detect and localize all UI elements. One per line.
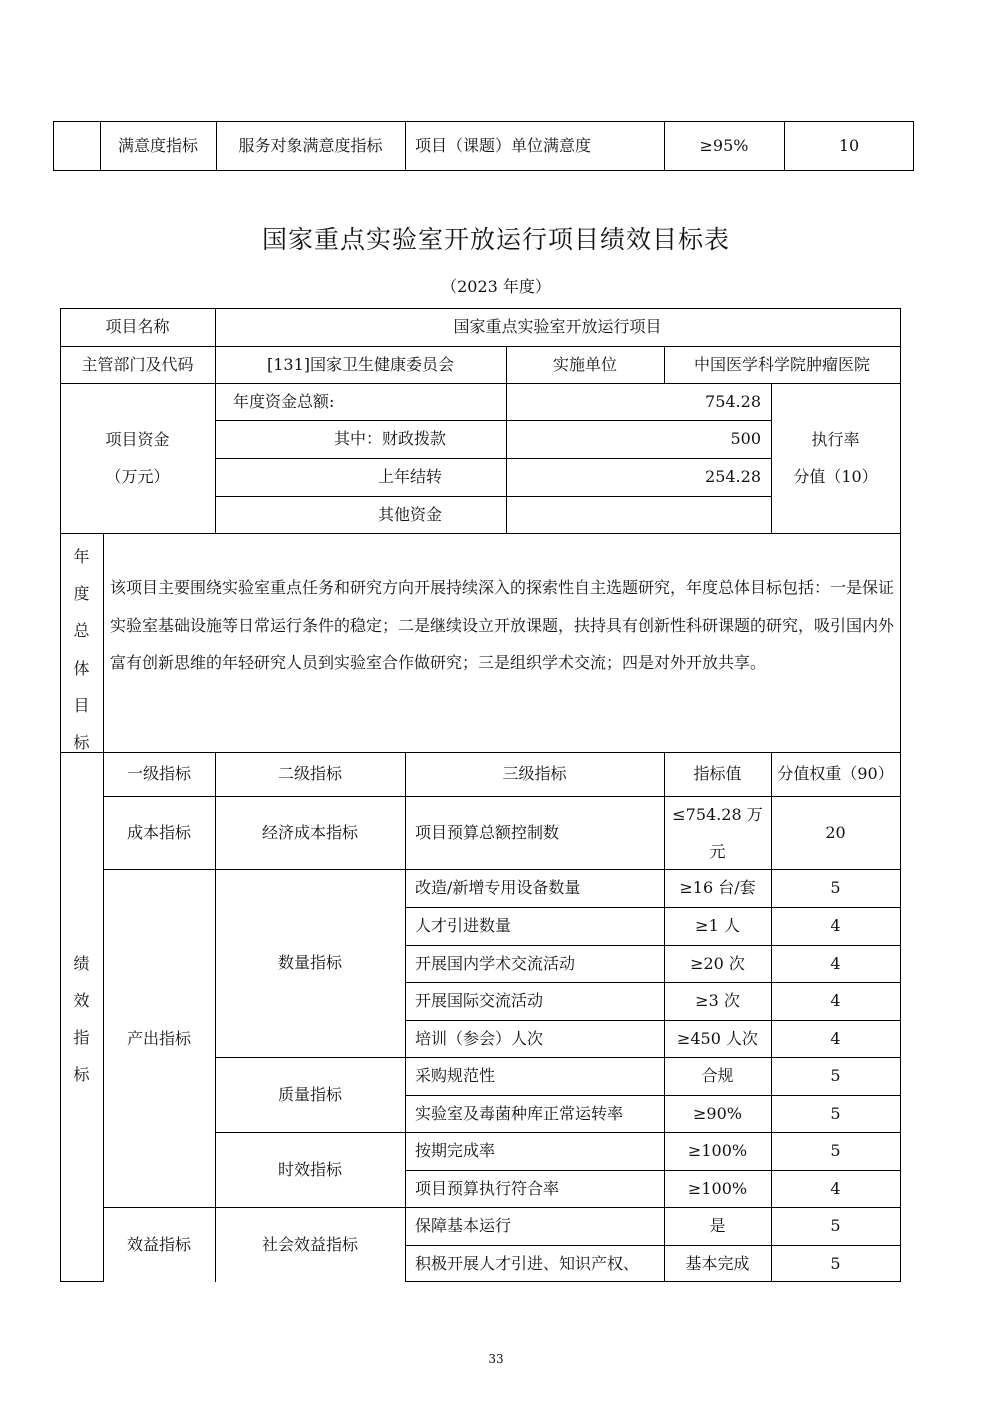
exec-rate-line1: 执行率 bbox=[811, 421, 859, 458]
timeliness-level2: 时效指标 bbox=[215, 1132, 405, 1207]
funds-other-label: 其他资金 bbox=[215, 496, 506, 533]
annual-goal-text: 该项目主要围绕实验室重点任务和研究方向开展持续深入的探索性自主选题研究，年度总体… bbox=[110, 569, 894, 682]
row-level3: 保障基本运行 bbox=[405, 1207, 664, 1245]
header-level3: 三级指标 bbox=[405, 752, 664, 796]
row-level3: 开展国内学术交流活动 bbox=[405, 945, 664, 982]
exec-rate: 执行率 分值（10） bbox=[771, 383, 900, 533]
row-weight: 4 bbox=[771, 907, 900, 945]
funds-carryover-value: 254.28 bbox=[506, 458, 771, 496]
cost-level3: 项目预算总额控制数 bbox=[405, 796, 664, 869]
annual-goal-char: 目 bbox=[73, 687, 89, 724]
row-level3: 改造/新增专用设备数量 bbox=[405, 869, 664, 907]
project-name-label: 项目名称 bbox=[60, 308, 215, 346]
dept-value: [131]国家卫生健康委员会 bbox=[215, 346, 506, 383]
indicators-side-char: 效 bbox=[73, 982, 89, 1019]
exec-rate-line2: 分值（10） bbox=[793, 458, 877, 495]
funds-label: 项目资金 （万元） bbox=[60, 383, 215, 533]
funds-total-value: 754.28 bbox=[506, 383, 771, 420]
row-value: ≥100% bbox=[664, 1170, 771, 1207]
prev-weight: 10 bbox=[784, 121, 914, 171]
quality-level2: 质量指标 bbox=[215, 1057, 405, 1132]
quantity-level2: 数量指标 bbox=[215, 869, 405, 1057]
impl-value: 中国医学科学院肿瘤医院 bbox=[664, 346, 900, 383]
indicators-side-char: 标 bbox=[73, 1056, 89, 1093]
funds-other-value bbox=[506, 496, 771, 533]
annual-goal-char: 标 bbox=[73, 724, 89, 761]
funds-label-line1: 项目资金 bbox=[105, 421, 169, 458]
prev-value: ≥95% bbox=[664, 121, 784, 171]
indicators-side-char: 绩 bbox=[73, 945, 89, 982]
dept-label: 主管部门及代码 bbox=[60, 346, 215, 383]
impl-label: 实施单位 bbox=[506, 346, 664, 383]
page-title: 国家重点实验室开放运行项目绩效目标表 bbox=[0, 220, 992, 256]
prev-level1: 满意度指标 bbox=[100, 121, 216, 171]
funds-fiscal-value: 500 bbox=[506, 420, 771, 458]
row-level3: 积极开展人才引进、知识产权、 bbox=[405, 1245, 664, 1282]
annual-goal-label: 年 度 总 体 目 标 bbox=[60, 538, 103, 761]
row-weight: 5 bbox=[771, 1057, 900, 1095]
funds-label-line2: （万元） bbox=[105, 458, 169, 495]
cost-level1: 成本指标 bbox=[103, 796, 215, 869]
header-value: 指标值 bbox=[664, 752, 771, 796]
header-weight: 分值权重（90） bbox=[771, 752, 900, 796]
page-subtitle: （2023 年度） bbox=[0, 274, 992, 297]
row-weight: 4 bbox=[771, 1020, 900, 1057]
benefit-level1: 效益指标 bbox=[103, 1207, 215, 1282]
row-level3: 培训（参会）人次 bbox=[405, 1020, 664, 1057]
annual-goal-char: 体 bbox=[73, 650, 89, 687]
cost-value-line1: ≤754.28 万 bbox=[672, 796, 762, 833]
row-level3: 采购规范性 bbox=[405, 1057, 664, 1095]
row-level3: 人才引进数量 bbox=[405, 907, 664, 945]
funds-fiscal-label: 其中：财政拨款 bbox=[215, 420, 506, 458]
funds-total-label: 年度资金总额: bbox=[215, 383, 506, 420]
funds-carryover-label: 上年结转 bbox=[215, 458, 506, 496]
row-weight: 5 bbox=[771, 1245, 900, 1282]
annual-goal-char: 年 bbox=[73, 538, 89, 575]
row-value: 是 bbox=[664, 1207, 771, 1245]
row-value: ≥450 人次 bbox=[664, 1020, 771, 1057]
social-level2: 社会效益指标 bbox=[215, 1207, 405, 1282]
prev-level2: 服务对象满意度指标 bbox=[216, 121, 405, 171]
annual-goal-char: 度 bbox=[73, 575, 89, 612]
prev-level3: 项目（课题）单位满意度 bbox=[405, 121, 664, 171]
cost-value: ≤754.28 万 元 bbox=[664, 796, 771, 869]
row-value: ≥3 次 bbox=[664, 982, 771, 1020]
row-value: 合规 bbox=[664, 1057, 771, 1095]
row-weight: 5 bbox=[771, 1207, 900, 1245]
row-weight: 5 bbox=[771, 1132, 900, 1170]
page-number: 33 bbox=[0, 1352, 992, 1366]
output-level1: 产出指标 bbox=[103, 1020, 215, 1057]
annual-goal-char: 总 bbox=[73, 612, 89, 649]
row-value: ≥90% bbox=[664, 1095, 771, 1132]
row-value: ≥1 人 bbox=[664, 907, 771, 945]
row-level3: 开展国际交流活动 bbox=[405, 982, 664, 1020]
row-weight: 4 bbox=[771, 982, 900, 1020]
row-weight: 5 bbox=[771, 869, 900, 907]
indicators-side-char: 指 bbox=[73, 1019, 89, 1056]
row-weight: 4 bbox=[771, 1170, 900, 1207]
cost-value-line2: 元 bbox=[709, 833, 725, 870]
row-value: 基本完成 bbox=[664, 1245, 771, 1282]
project-name: 国家重点实验室开放运行项目 bbox=[215, 308, 900, 346]
header-level2: 二级指标 bbox=[215, 752, 405, 796]
row-level3: 实验室及毒菌种库正常运转率 bbox=[405, 1095, 664, 1132]
row-weight: 4 bbox=[771, 945, 900, 982]
row-level3: 项目预算执行符合率 bbox=[405, 1170, 664, 1207]
header-level1: 一级指标 bbox=[103, 752, 215, 796]
row-weight: 5 bbox=[771, 1095, 900, 1132]
row-value: ≥100% bbox=[664, 1132, 771, 1170]
row-value: ≥16 台/套 bbox=[664, 869, 771, 907]
row-level3: 按期完成率 bbox=[405, 1132, 664, 1170]
indicators-side-label: 绩 效 指 标 bbox=[60, 945, 103, 1093]
row-value: ≥20 次 bbox=[664, 945, 771, 982]
cost-level2: 经济成本指标 bbox=[215, 796, 405, 869]
cost-weight: 20 bbox=[771, 796, 900, 869]
